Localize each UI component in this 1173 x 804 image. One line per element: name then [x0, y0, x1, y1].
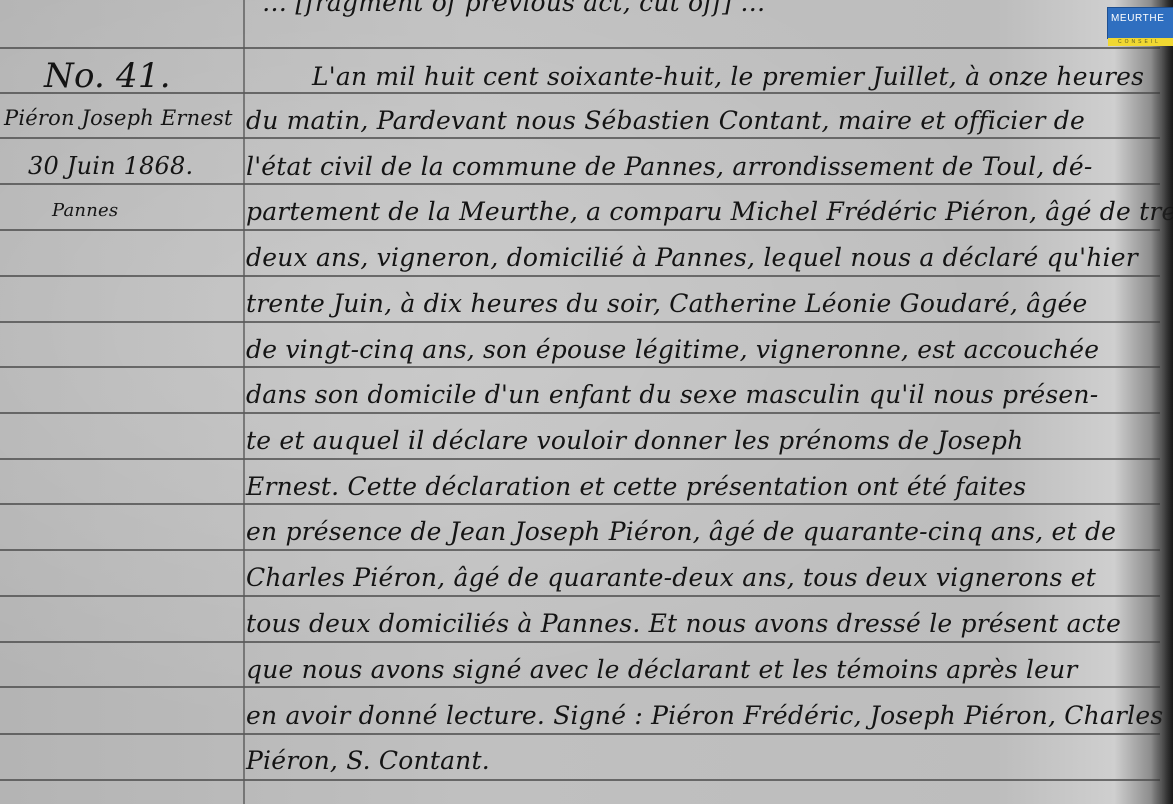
- margin-date: 30 Juin 1868.: [28, 152, 193, 180]
- register-page: No. 41. Piéron Joseph Ernest 30 Juin 186…: [0, 0, 1173, 804]
- entry-number: No. 41.: [44, 56, 171, 96]
- body-line: L'an mil huit cent soixante-huit, le pre…: [312, 62, 1144, 91]
- page-edge-shadow: [1151, 0, 1173, 804]
- ruled-line: [0, 412, 1160, 414]
- body-line: partement de la Meurthe, a comparu Miche…: [246, 197, 1173, 226]
- ruled-line: [0, 92, 1160, 94]
- body-line: en avoir donné lecture. Signé : Piéron F…: [246, 701, 1163, 730]
- body-line: … [fragment of previous act, cut off] …: [262, 0, 765, 17]
- ruled-line: [0, 686, 1160, 688]
- ruled-line: [0, 503, 1160, 505]
- body-line: dans son domicile d'un enfant du sexe ma…: [246, 380, 1098, 409]
- logo-subtitle: CONSEIL: [1118, 38, 1161, 46]
- body-line: du matin, Pardevant nous Sébastien Conta…: [246, 106, 1085, 135]
- ruled-line: [0, 458, 1160, 460]
- body-line: Ernest. Cette déclaration et cette prése…: [246, 472, 1026, 501]
- ruled-line: [0, 47, 1160, 49]
- body-line: Charles Piéron, âgé de quarante-deux ans…: [246, 563, 1096, 592]
- ruled-line: [0, 779, 1160, 781]
- archive-logo: MEURTHE CONSEIL: [1107, 7, 1173, 39]
- ruled-line: [0, 321, 1160, 323]
- body-line: que nous avons signé avec le déclarant e…: [246, 655, 1078, 684]
- ruled-line: [0, 733, 1160, 735]
- body-line: tous deux domiciliés à Pannes. Et nous a…: [246, 609, 1121, 638]
- ruled-line: [0, 183, 1160, 185]
- ruled-line: [0, 137, 1160, 139]
- body-line: trente Juin, à dix heures du soir, Cathe…: [246, 289, 1087, 318]
- margin-rule: [243, 0, 245, 804]
- body-line: l'état civil de la commune de Pannes, ar…: [246, 152, 1093, 181]
- ruled-line: [0, 275, 1160, 277]
- ruled-line: [0, 595, 1160, 597]
- body-line: Piéron, S. Contant.: [246, 746, 490, 775]
- ruled-line: [0, 229, 1160, 231]
- body-line: en présence de Jean Joseph Piéron, âgé d…: [246, 517, 1116, 546]
- body-line: deux ans, vigneron, domicilié à Pannes, …: [246, 243, 1138, 272]
- ruled-line: [0, 366, 1160, 368]
- ruled-line: [0, 641, 1160, 643]
- body-line: de vingt-cinq ans, son épouse légitime, …: [246, 335, 1099, 364]
- margin-place: Pannes: [52, 200, 118, 221]
- margin-name: Piéron Joseph Ernest: [4, 106, 233, 130]
- logo-brand: MEURTHE: [1111, 13, 1164, 24]
- ruled-line: [0, 549, 1160, 551]
- body-line: te et auquel il déclare vouloir donner l…: [246, 426, 1023, 455]
